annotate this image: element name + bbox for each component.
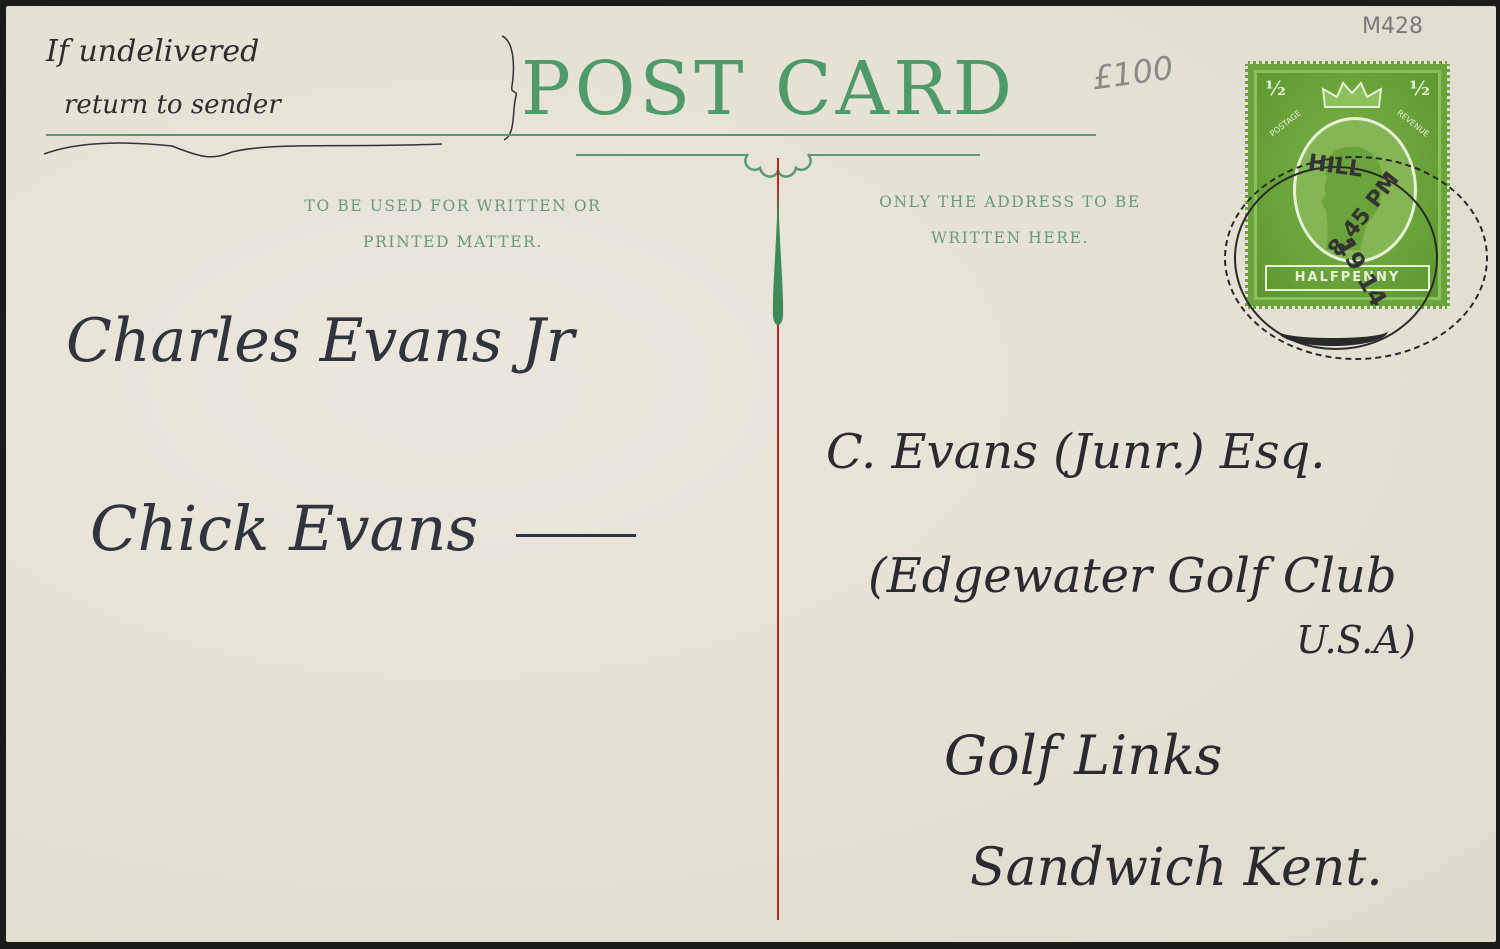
bracket-icon [498, 34, 522, 144]
crown-icon [1319, 75, 1385, 111]
price-annotation: £100 [1090, 49, 1176, 98]
signature-underline [516, 534, 636, 537]
postcard: If undelivered return to sender POST CAR… [6, 6, 1496, 942]
address-line-town: Sandwich Kent. [970, 838, 1383, 898]
signature-charles-evans: Charles Evans Jr [66, 306, 574, 376]
title-rule [46, 134, 1096, 136]
left-caption-line2: PRINTED MATTER. [238, 224, 668, 260]
divider-teardrop-icon [769, 182, 787, 332]
catalog-number: M428 [1362, 14, 1423, 39]
postmark-smudge [1278, 316, 1388, 346]
right-caption: ONLY THE ADDRESS TO BE WRITTEN HERE. [822, 184, 1198, 256]
wavy-underline-icon [42, 136, 462, 166]
right-caption-line2: WRITTEN HERE. [822, 220, 1198, 256]
address-line-country: U.S.A) [1296, 618, 1416, 662]
ornament-left-line [576, 154, 748, 156]
address-line-golf-links: Golf Links [944, 724, 1222, 787]
address-line-name: C. Evans (Junr.) Esq. [826, 424, 1325, 480]
left-caption: TO BE USED FOR WRITTEN OR PRINTED MATTER… [238, 188, 668, 260]
post-card-title: POST CARD [521, 52, 1016, 126]
address-line-club: (Edgewater Golf Club [868, 548, 1397, 604]
undelivered-note-line2: return to sender [64, 90, 281, 120]
undelivered-note-line1: If undelivered [46, 34, 259, 69]
ornament-right-line [810, 154, 980, 156]
left-caption-line1: TO BE USED FOR WRITTEN OR [238, 188, 668, 224]
right-caption-line1: ONLY THE ADDRESS TO BE [822, 184, 1198, 220]
stamp-denomination-right: ½ [1409, 79, 1430, 97]
stamp-denomination-left: ½ [1265, 79, 1286, 97]
signature-chick-evans: Chick Evans [90, 492, 478, 565]
